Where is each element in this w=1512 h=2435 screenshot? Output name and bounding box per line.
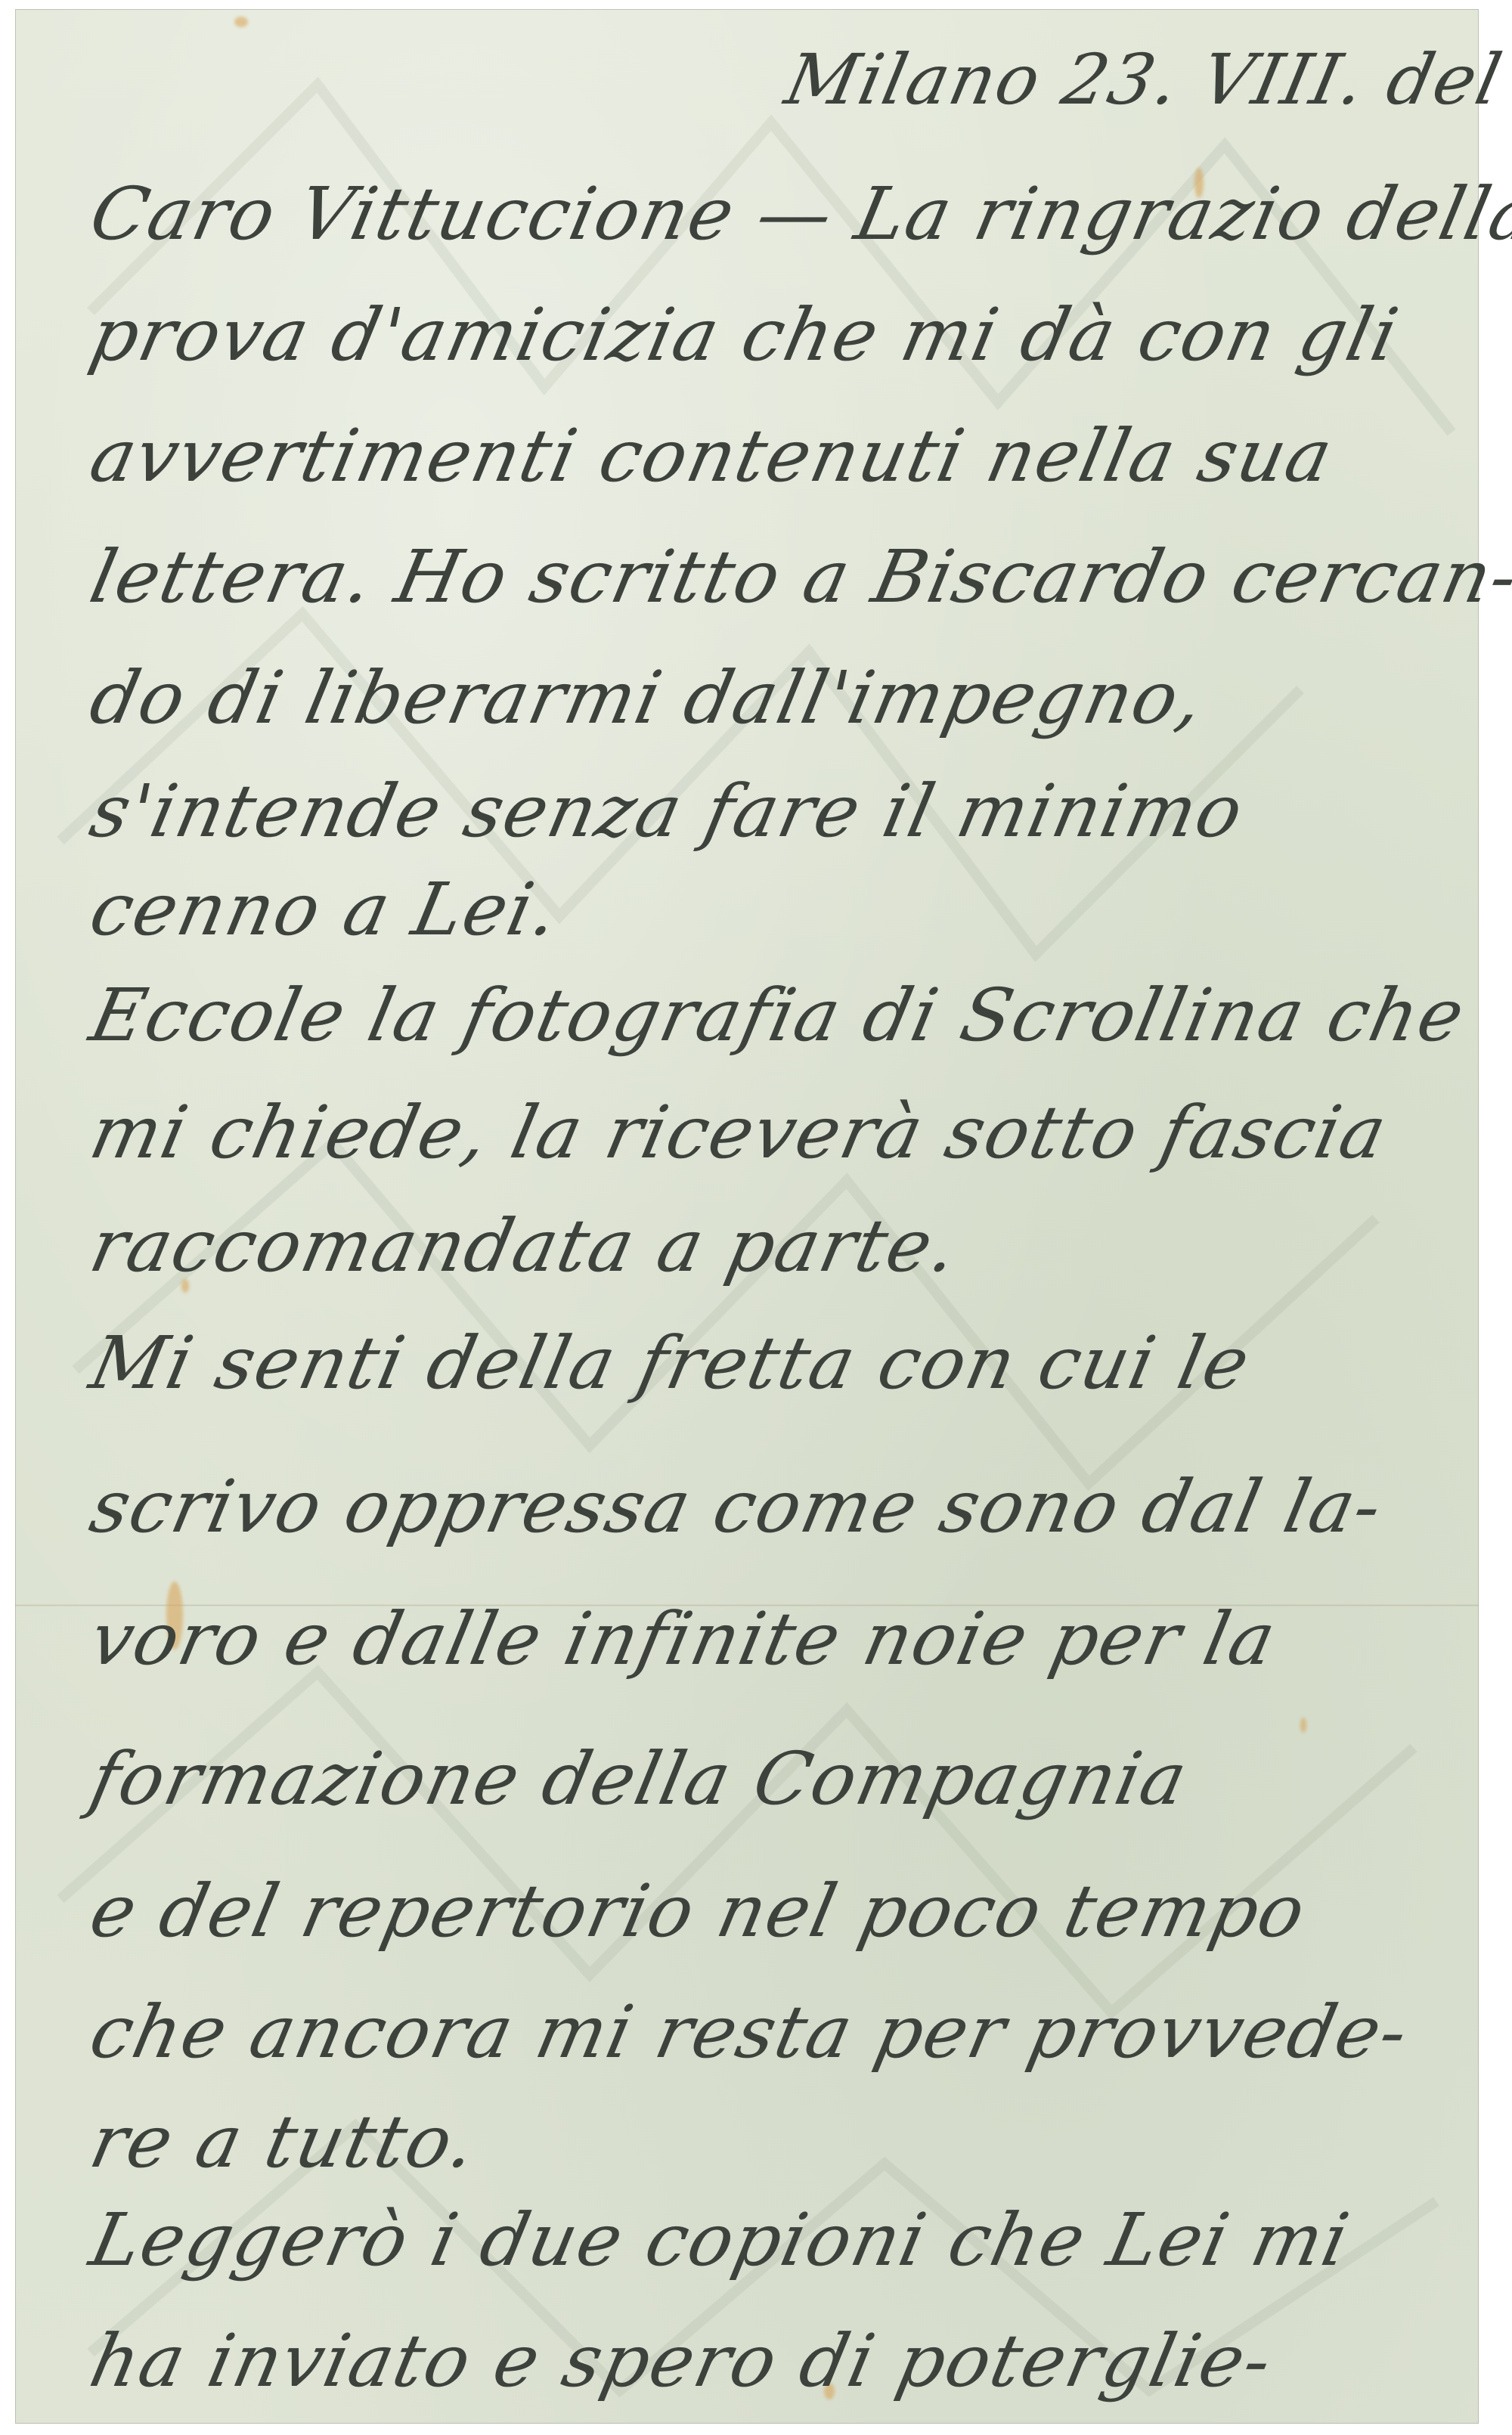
- letter-line-19: ha inviato e spero di poterglie-: [83, 2319, 1280, 2403]
- letter-line-17: re a tutto.: [83, 2099, 485, 2184]
- letter-line-10: raccomandata a parte.: [83, 1204, 966, 1288]
- letter-line-2: prova d'amicizia che mi dà con gli: [83, 293, 1406, 377]
- letter-line-13: voro e dalle infinite noie per la: [83, 1597, 1284, 1681]
- letter-line-7: cenno a Lei.: [83, 867, 567, 952]
- letter-line-9: mi chiede, la riceverà sotto fascia: [83, 1090, 1395, 1175]
- letter-line-3: avvertimenti contenuti nella sua: [83, 414, 1340, 498]
- letter-line-12: scrivo oppressa come sono dal la-: [83, 1464, 1390, 1549]
- letter-line-4: lettera. Ho scritto a Biscardo cercan-: [83, 534, 1512, 619]
- letter-dateline: Milano 23. VIII. del '10: [779, 39, 1512, 120]
- letter-line-6: s'intende senza fare il minimo: [83, 769, 1251, 853]
- letter-sheet: Milano 23. VIII. del '10 Caro Vittuccion…: [15, 9, 1479, 2424]
- letter-line-5: do di liberarmi dall'impegno,: [83, 655, 1212, 740]
- letter-line-18: Leggerò i due copioni che Lei mi: [83, 2198, 1357, 2282]
- letter-line-14: formazione della Compagnia: [83, 1736, 1195, 1821]
- letter-line-16: che ancora mi resta per provvede-: [83, 1990, 1416, 2074]
- letter-line-1: Caro Vittuccione — La ringrazio della: [83, 172, 1512, 256]
- letter-line-15: e del repertorio nel poco tempo: [83, 1869, 1314, 1953]
- letter-line-11: Mi senti della fretta con cui le: [83, 1321, 1258, 1405]
- foxing-spot: [1300, 1718, 1306, 1733]
- letter-line-8: Eccole la fotografia di Scrollina che: [83, 973, 1473, 1058]
- foxing-spot: [234, 17, 248, 27]
